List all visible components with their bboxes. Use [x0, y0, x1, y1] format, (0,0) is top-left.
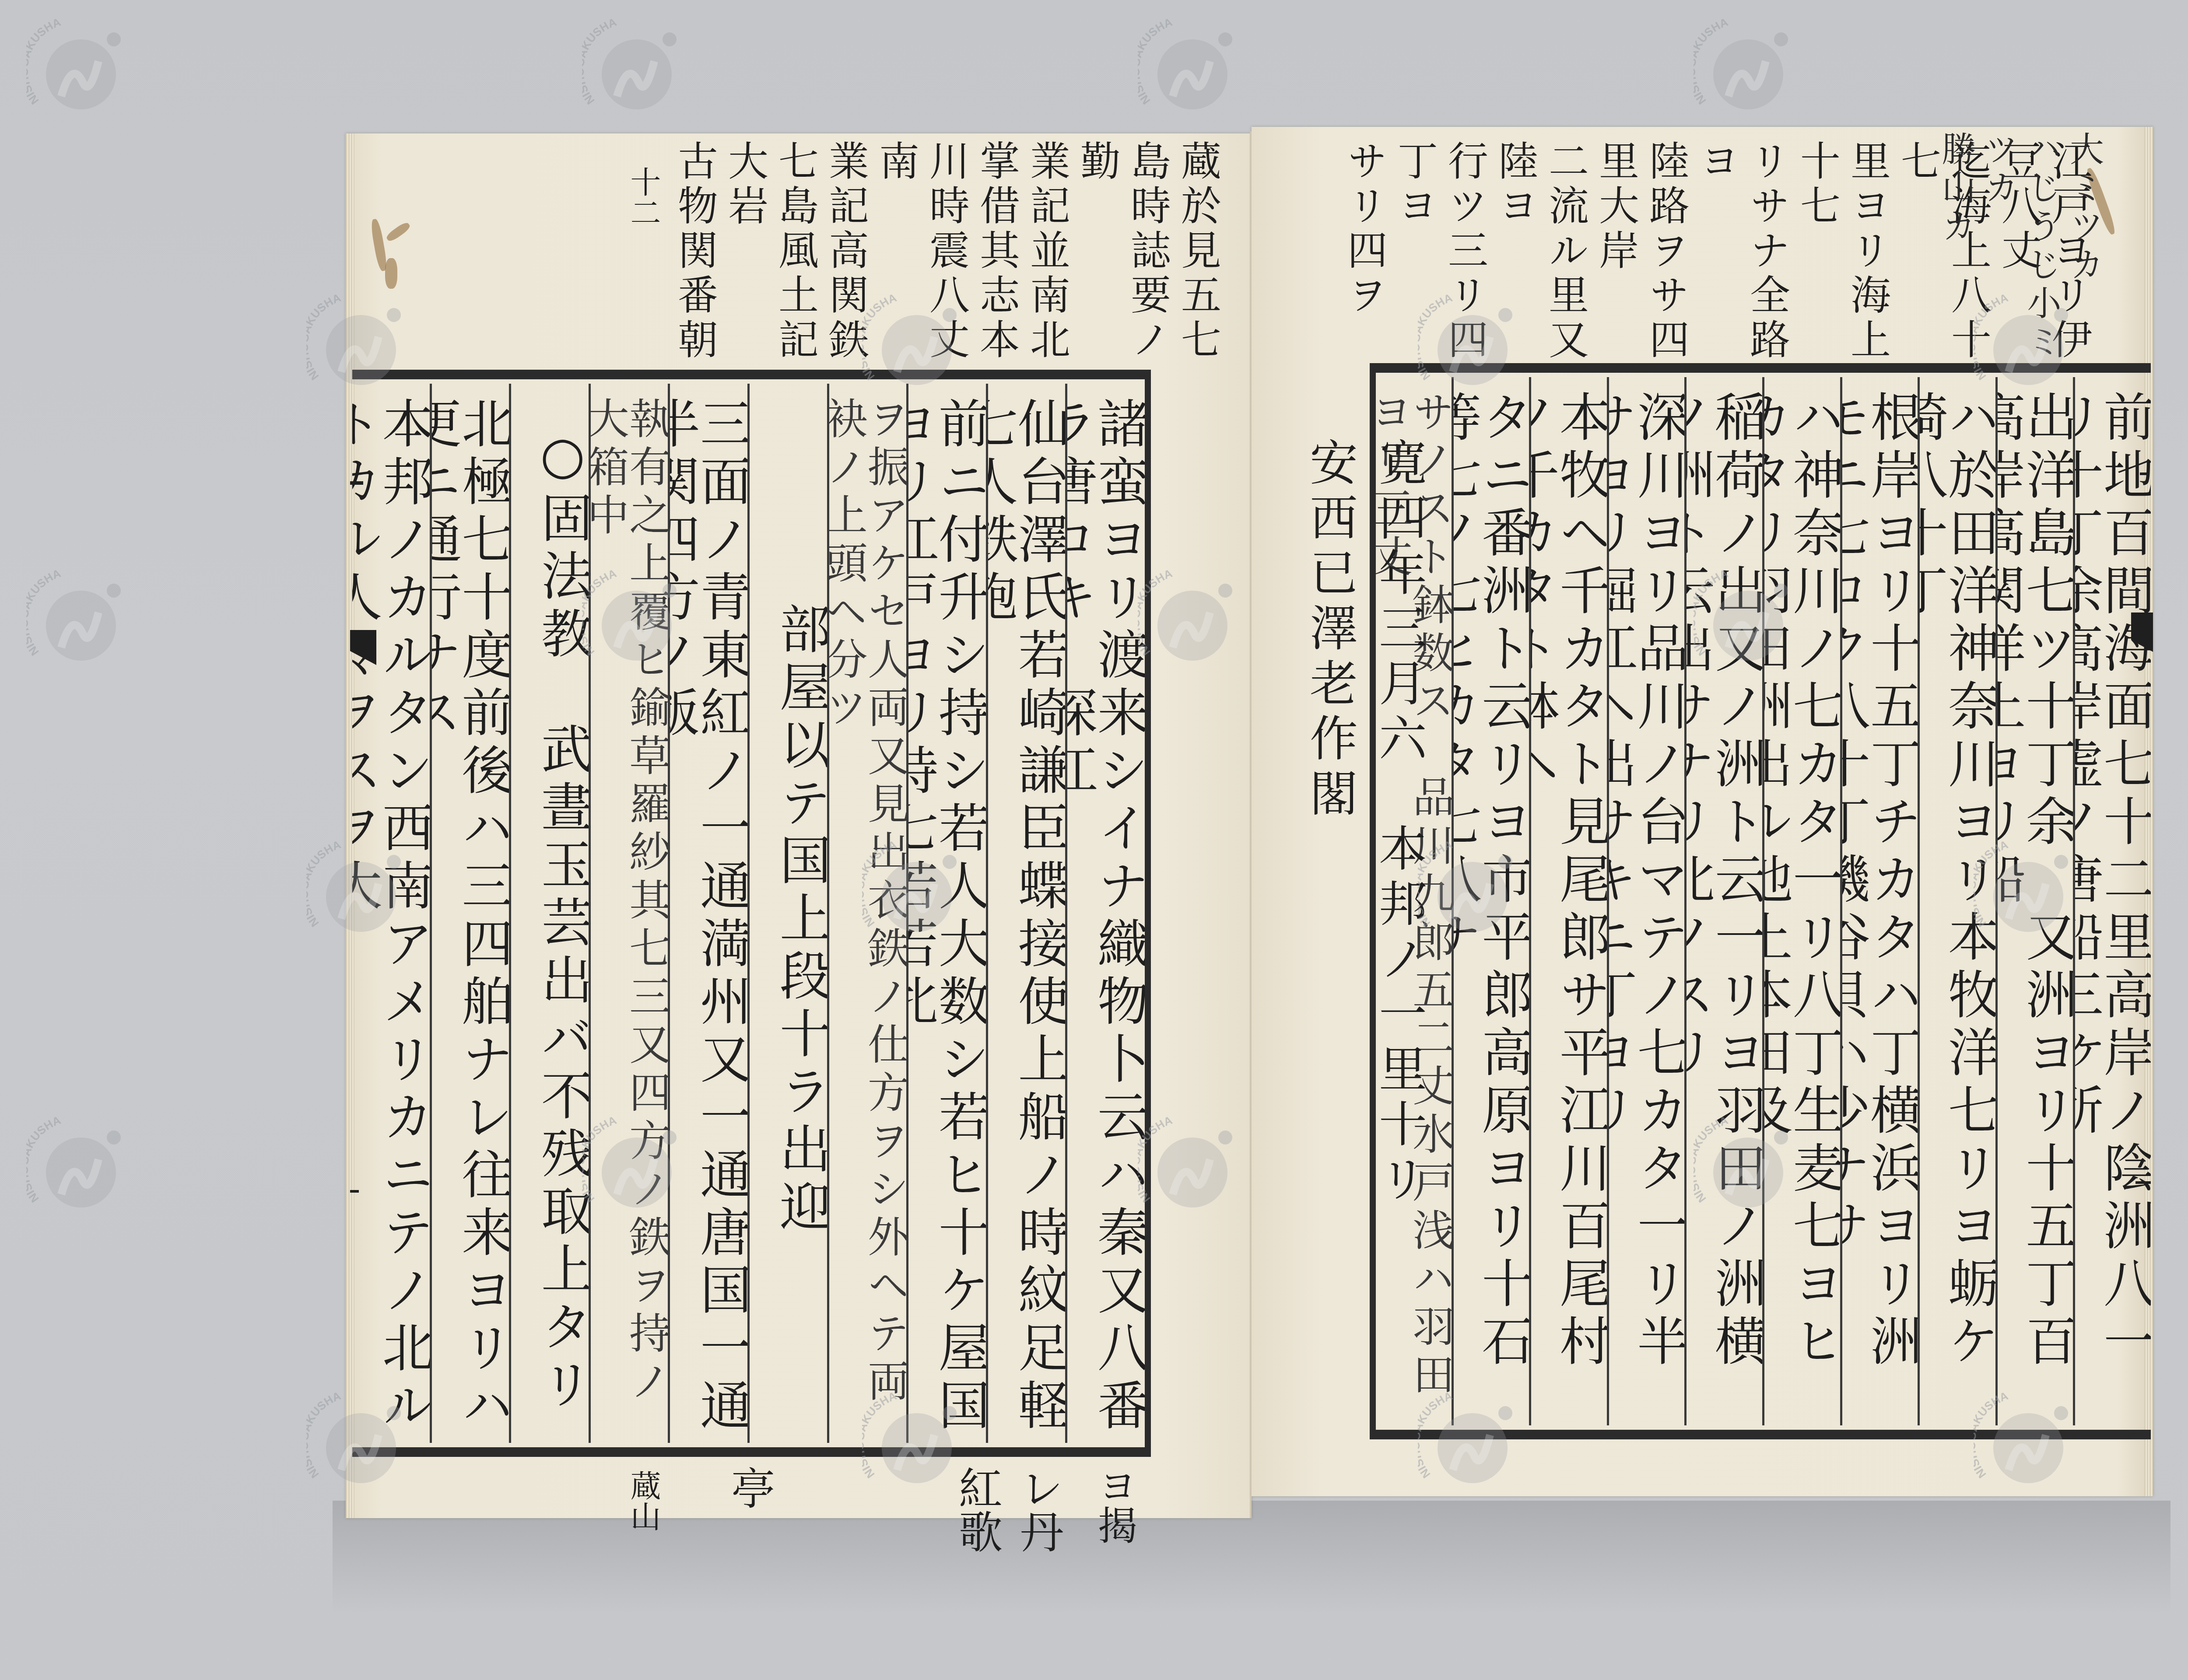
note-line: 掌借其志本 — [971, 140, 1022, 367]
nishogakusha-logo-icon: NISHOGAKUSHA — [1974, 1391, 2074, 1492]
nishogakusha-logo-icon: NISHOGAKUSHA — [582, 1116, 683, 1216]
text-column: 北極七十度前後ハ三四舶ナレ往来ヨリハ更ニ通行ナス — [430, 384, 509, 1443]
note-line: 島時誌要ノ勤 — [1072, 140, 1173, 367]
note-line: 古物関番朝 — [670, 140, 720, 367]
text-column: 三面ノ青東紅ノ一通満州又一通唐国一通 半関四方ノ飯 — [668, 384, 747, 1443]
left-columns: 諸蛮ヨリ渡来シイナ織物卜云ハ秦又八番ラ唐ロキ 深江 仙台澤氏若崎謙臣蝶接使上船ノ… — [352, 384, 1145, 1443]
text-column: ハ神奈川ノ七カタ一リ八丁生麦七ヨヒカタリ羽田洲出ル池上本田及 — [1762, 377, 1840, 1425]
nishogakusha-logo-icon: NISHOGAKUSHA — [306, 1391, 407, 1492]
note-line: 里ヨリ海上十七 — [1792, 140, 1893, 385]
nishogakusha-logo-icon: NISHOGAKUSHA — [862, 293, 963, 394]
fold-mark — [350, 481, 363, 485]
note-line: サリ四ヲ — [1339, 140, 1389, 385]
nishogakusha-logo-icon: NISHOGAKUSHA — [1974, 293, 2074, 394]
nishogakusha-logo-icon: NISHOGAKUSHA — [1694, 17, 1794, 118]
note-line: 勝山カ — [1934, 131, 1977, 376]
text-column: 前地百間海面七十二里高岸ノ陰洲八一リ十丁余高岸虚ノ唐船三ヶ所 — [2073, 377, 2151, 1425]
note-line: 陸路ヲサ四里大岸 — [1591, 140, 1691, 385]
text-column: ○固法教 武晝玉芸出バ不残取上タリ — [509, 384, 589, 1443]
nishogakusha-logo-icon: NISHOGAKUSHA — [1418, 1391, 1518, 1492]
nishogakusha-logo-icon: NISHOGAKUSHA — [862, 1391, 963, 1492]
text-column: 稲荷ノ出又ノ洲ト云一リヨ羽田ノ洲横ノ洲ト云出サナリ北ノスリ — [1684, 377, 1762, 1425]
fold-mark — [2135, 1181, 2151, 1184]
nishogakusha-logo-icon: NISHOGAKUSHA — [1418, 840, 1518, 941]
note-line: 業記並南北 — [1022, 140, 1072, 367]
nishogakusha-logo-icon: NISHOGAKUSHA — [1138, 17, 1238, 118]
fold-mark — [2140, 472, 2149, 475]
text-column: 深川ヨリ品川ノ台マテノ七カタ一リ半サヨリ堀江ヘ出サキニ丁ヨリ — [1607, 377, 1685, 1425]
text-column: 諸蛮ヨリ渡来シイナ織物卜云ハ秦又八番ラ唐ロキ 深江 — [1065, 384, 1145, 1443]
text-column: 部屋以テ国上段十ラ出迎 — [747, 384, 827, 1443]
text-column: 仙台澤氏若崎謙臣蝶接使上船ノ時紋足軽七人鉄砲 — [986, 384, 1066, 1443]
note-line: リサナ全路ヨ — [1691, 140, 1792, 385]
nishogakusha-logo-icon: NISHOGAKUSHA — [1138, 569, 1238, 669]
text-column: 執有之上覆ヒ鍮草羅紗其七三又四方ノ鉄ヲ持ノ大箱中 — [589, 384, 668, 1443]
text-column: 根岸ヨリ十五丁チカタハ丁横浜ヨリ洲モニ七ロク八十丁磯谷貝ハ少ナサ — [1840, 377, 1918, 1425]
nishogakusha-logo-icon: NISHOGAKUSHA — [1694, 569, 1794, 669]
note-line: 七島風土記大岩 — [720, 140, 820, 367]
nishogakusha-logo-icon: NISHOGAKUSHA — [1418, 293, 1518, 394]
nishogakusha-logo-icon: NISHOGAKUSHA — [1138, 1116, 1238, 1216]
nishogakusha-logo-icon: NISHOGAKUSHA — [26, 1116, 127, 1216]
fold-mark — [350, 1190, 359, 1193]
outside-heading: 寛四年三月六 本邦ノ一里十リ 安西已澤老作閣 — [1295, 437, 1434, 1269]
nishogakusha-logo-icon: NISHOGAKUSHA — [862, 840, 963, 941]
below-frame-note: ヨ揭 — [1085, 1466, 1142, 1544]
below-frame-note: 亭 — [718, 1466, 781, 1509]
nishogakusha-logo-icon: NISHOGAKUSHA — [1974, 840, 2074, 941]
below-frame-note: レ丹 — [1006, 1466, 1069, 1553]
nishogakusha-logo-icon: NISHOGAKUSHA — [26, 17, 127, 118]
nishogakusha-logo-icon: NISHOGAKUSHA — [582, 17, 683, 118]
nishogakusha-logo-icon: NISHOGAKUSHA — [306, 293, 407, 394]
nishogakusha-logo-icon: NISHOGAKUSHA — [306, 840, 407, 941]
nishogakusha-logo-icon: NISHOGAKUSHA — [1694, 1116, 1794, 1216]
page-number: 十二 — [621, 166, 666, 227]
nishogakusha-logo-icon: NISHOGAKUSHA — [26, 569, 127, 669]
note-line: 蔵於見五七 — [1173, 140, 1223, 367]
below-frame-note: 蔵山 — [621, 1470, 666, 1531]
nishogakusha-logo-icon: NISHOGAKUSHA — [582, 569, 683, 669]
text-column: 本牧ヘ千カタト見尾郎サ平江川百尾村ノ千カタト鉢ヘ — [1529, 377, 1607, 1425]
book-gutter — [1250, 131, 1252, 1518]
left-text-frame: 諸蛮ヨリ渡来シイナ織物卜云ハ秦又八番ラ唐ロキ 深江 仙台澤氏若崎謙臣蝶接使上船ノ… — [352, 370, 1151, 1457]
paper-stain — [385, 258, 397, 289]
